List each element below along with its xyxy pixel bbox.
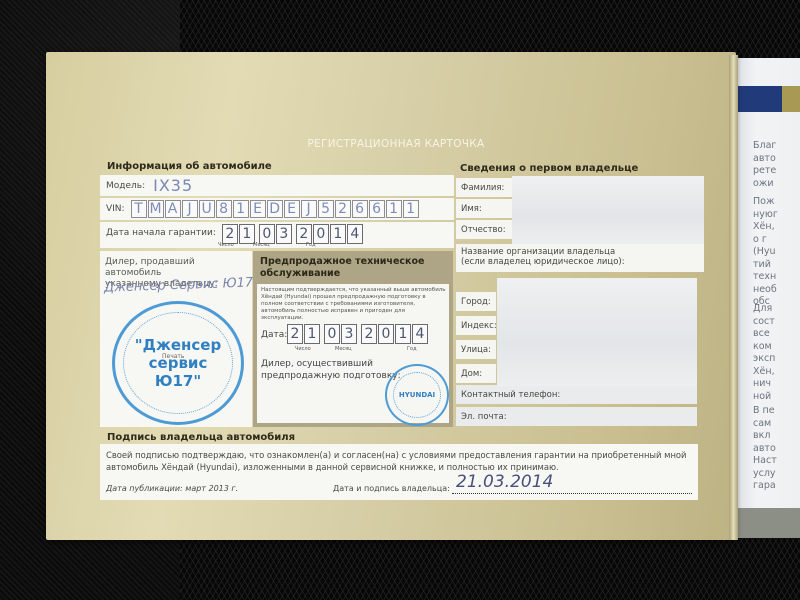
street-label: Улица:	[461, 345, 491, 355]
char-box: U	[199, 200, 215, 218]
redacted-name-area	[512, 176, 704, 244]
char-box: 0	[378, 324, 394, 344]
char-box: J	[182, 200, 198, 218]
vin-label: VIN:	[106, 204, 125, 214]
date-month-group: 03	[259, 224, 293, 244]
char-box: 1	[233, 200, 249, 218]
warranty-start-row[interactable]: Дата начала гарантии: 21032014	[100, 222, 454, 248]
char-box: M	[148, 200, 164, 218]
presale-day-caption: Число	[295, 346, 311, 352]
owner-org-field[interactable]: Название организации владельца (если вла…	[456, 244, 704, 272]
char-box: 0	[259, 224, 275, 244]
warranty-month-caption: Месяц	[253, 242, 270, 248]
owner-city-field[interactable]: Город:	[456, 292, 496, 311]
warranty-year-caption: Год	[306, 242, 316, 248]
pre-sale-heading-line1: Предпродажное техническое	[260, 256, 424, 268]
owner-signature-line[interactable]: 21.03.2014	[452, 472, 692, 494]
first-name-label: Имя:	[461, 204, 482, 214]
char-box: 8	[216, 200, 232, 218]
org-label-line2: (если владелец юридическое лицо):	[461, 257, 625, 267]
next-page-text-4: В пе сам вкл авто Наст услу гара	[753, 405, 800, 493]
presale-stamp-text: HYUNDAI	[399, 391, 435, 399]
char-box: 2	[335, 200, 351, 218]
char-box: 0	[324, 324, 340, 344]
presale-stamp: HYUNDAI	[385, 364, 449, 426]
owner-email-field[interactable]: Эл. почта:	[456, 407, 697, 426]
phone-label: Контактный телефон:	[461, 390, 560, 400]
date-year-group: 2014	[296, 224, 364, 244]
char-box: 3	[276, 224, 292, 244]
char-box: 6	[369, 200, 385, 218]
char-box: 2	[296, 224, 312, 244]
blue-stripe	[737, 86, 782, 112]
char-box: D	[267, 200, 283, 218]
char-box: 4	[347, 224, 363, 244]
model-label: Модель:	[106, 181, 145, 191]
date-year-group: 2014	[361, 324, 429, 344]
date-day-group: 21	[287, 324, 321, 344]
consent-line-1: Своей подписью подтверждаю, что ознакомл…	[106, 450, 687, 460]
next-page: Благ авто рете ожи Пож нуюг Хён, о г (Hy…	[737, 58, 800, 538]
char-box: 2	[361, 324, 377, 344]
warranty-date-boxes: 21032014	[222, 224, 367, 244]
owner-zip-field[interactable]: Индекс:	[456, 316, 496, 335]
signature-box: Своей подписью подтверждаю, что ознакомл…	[100, 444, 698, 500]
pre-sale-heading-line2: обслуживание	[260, 268, 424, 280]
owner-phone-field[interactable]: Контактный телефон:	[456, 385, 697, 404]
pre-sale-body: Настоящим подтверждается, что указанный …	[257, 284, 449, 423]
stamp-caption: Печать	[162, 353, 184, 360]
presale-month-caption: Месяц	[335, 346, 352, 352]
signature-section-label: Подпись владельца автомобиля	[107, 432, 295, 443]
char-box: 1	[386, 200, 402, 218]
vin-boxes: TMAJU81EDEJ526611	[131, 200, 420, 218]
presale-dealer-label: Дилер, осуществивший предпродажную подго…	[261, 358, 401, 382]
char-box: 0	[313, 224, 329, 244]
char-box: T	[131, 200, 147, 218]
patronymic-label: Отчество:	[461, 225, 506, 235]
char-box: 4	[412, 324, 428, 344]
char-box: E	[250, 200, 266, 218]
email-label: Эл. почта:	[461, 412, 507, 422]
char-box: 1	[403, 200, 419, 218]
pre-sale-heading: Предпродажное техническое обслуживание	[260, 256, 424, 280]
dealer-stamp: "Дженсер сервис Ю17"	[112, 301, 244, 425]
next-page-text-3: Для сост все ком эксп Хён, нич ной	[753, 303, 800, 403]
pre-sale-section: Предпродажное техническое обслуживание Н…	[253, 251, 453, 427]
char-box: 1	[330, 224, 346, 244]
char-box: A	[165, 200, 181, 218]
pre-sale-date-boxes[interactable]: 21032014	[287, 324, 432, 344]
char-box: 1	[395, 324, 411, 344]
owner-house-field[interactable]: Дом:	[456, 364, 496, 383]
char-box: 2	[287, 324, 303, 344]
char-box: 6	[352, 200, 368, 218]
last-name-label: Фамилия:	[461, 183, 504, 193]
redacted-address-area	[497, 278, 697, 386]
dealer-panel: Дилер, продавший автомобиль указанному в…	[100, 251, 252, 427]
char-box: 1	[239, 224, 255, 244]
char-box: 2	[222, 224, 238, 244]
warranty-day-caption: Число	[218, 242, 234, 248]
owner-date-label: Дата и подпись владельца:	[333, 484, 450, 493]
next-page-text-2: Пож нуюг Хён, о г (Hyu тий техн необ обс	[753, 196, 800, 309]
booklet-spine	[729, 55, 738, 540]
model-value: IX35	[153, 176, 193, 195]
owner-street-field[interactable]: Улица:	[456, 340, 496, 359]
consent-line-2: автомобиль Хёндай (Hyundai), изложенными…	[106, 462, 559, 472]
char-box: E	[284, 200, 300, 218]
org-label-line1: Название организации владельца	[461, 247, 615, 257]
presale-dealer-label-line1: Дилер, осуществивший	[261, 358, 401, 370]
pre-sale-confirm-text: Настоящим подтверждается, что указанный …	[261, 287, 446, 322]
presale-year-caption: Год	[407, 346, 417, 352]
card-title: РЕГИСТРАЦИОННАЯ КАРТОЧКА	[246, 138, 546, 150]
house-label: Дом:	[461, 369, 482, 379]
stamp-text: "Дженсер сервис Ю17"	[128, 336, 228, 390]
city-label: Город:	[461, 297, 491, 307]
vin-row[interactable]: VIN: TMAJU81EDEJ526611	[100, 198, 454, 220]
date-month-group: 03	[324, 324, 358, 344]
publication-date: Дата публикации: март 2013 г.	[106, 484, 238, 493]
vehicle-section-label: Информация об автомобиле	[107, 161, 272, 172]
char-box: 5	[318, 200, 334, 218]
owner-date-value: 21.03.2014	[456, 472, 553, 492]
gold-stripe	[782, 86, 800, 112]
bottom-band	[737, 508, 800, 538]
presale-dealer-label-line2: предпродажную подготовку:	[261, 370, 401, 382]
pre-sale-date-label: Дата:	[261, 330, 287, 340]
warranty-start-label: Дата начала гарантии:	[106, 228, 216, 238]
next-page-text-1: Благ авто рете ожи	[753, 140, 800, 190]
char-box: 1	[304, 324, 320, 344]
date-day-group: 21	[222, 224, 256, 244]
model-row[interactable]: Модель: IX35	[100, 175, 454, 196]
char-box: J	[301, 200, 317, 218]
char-box: 3	[341, 324, 357, 344]
zip-label: Индекс:	[461, 321, 497, 331]
